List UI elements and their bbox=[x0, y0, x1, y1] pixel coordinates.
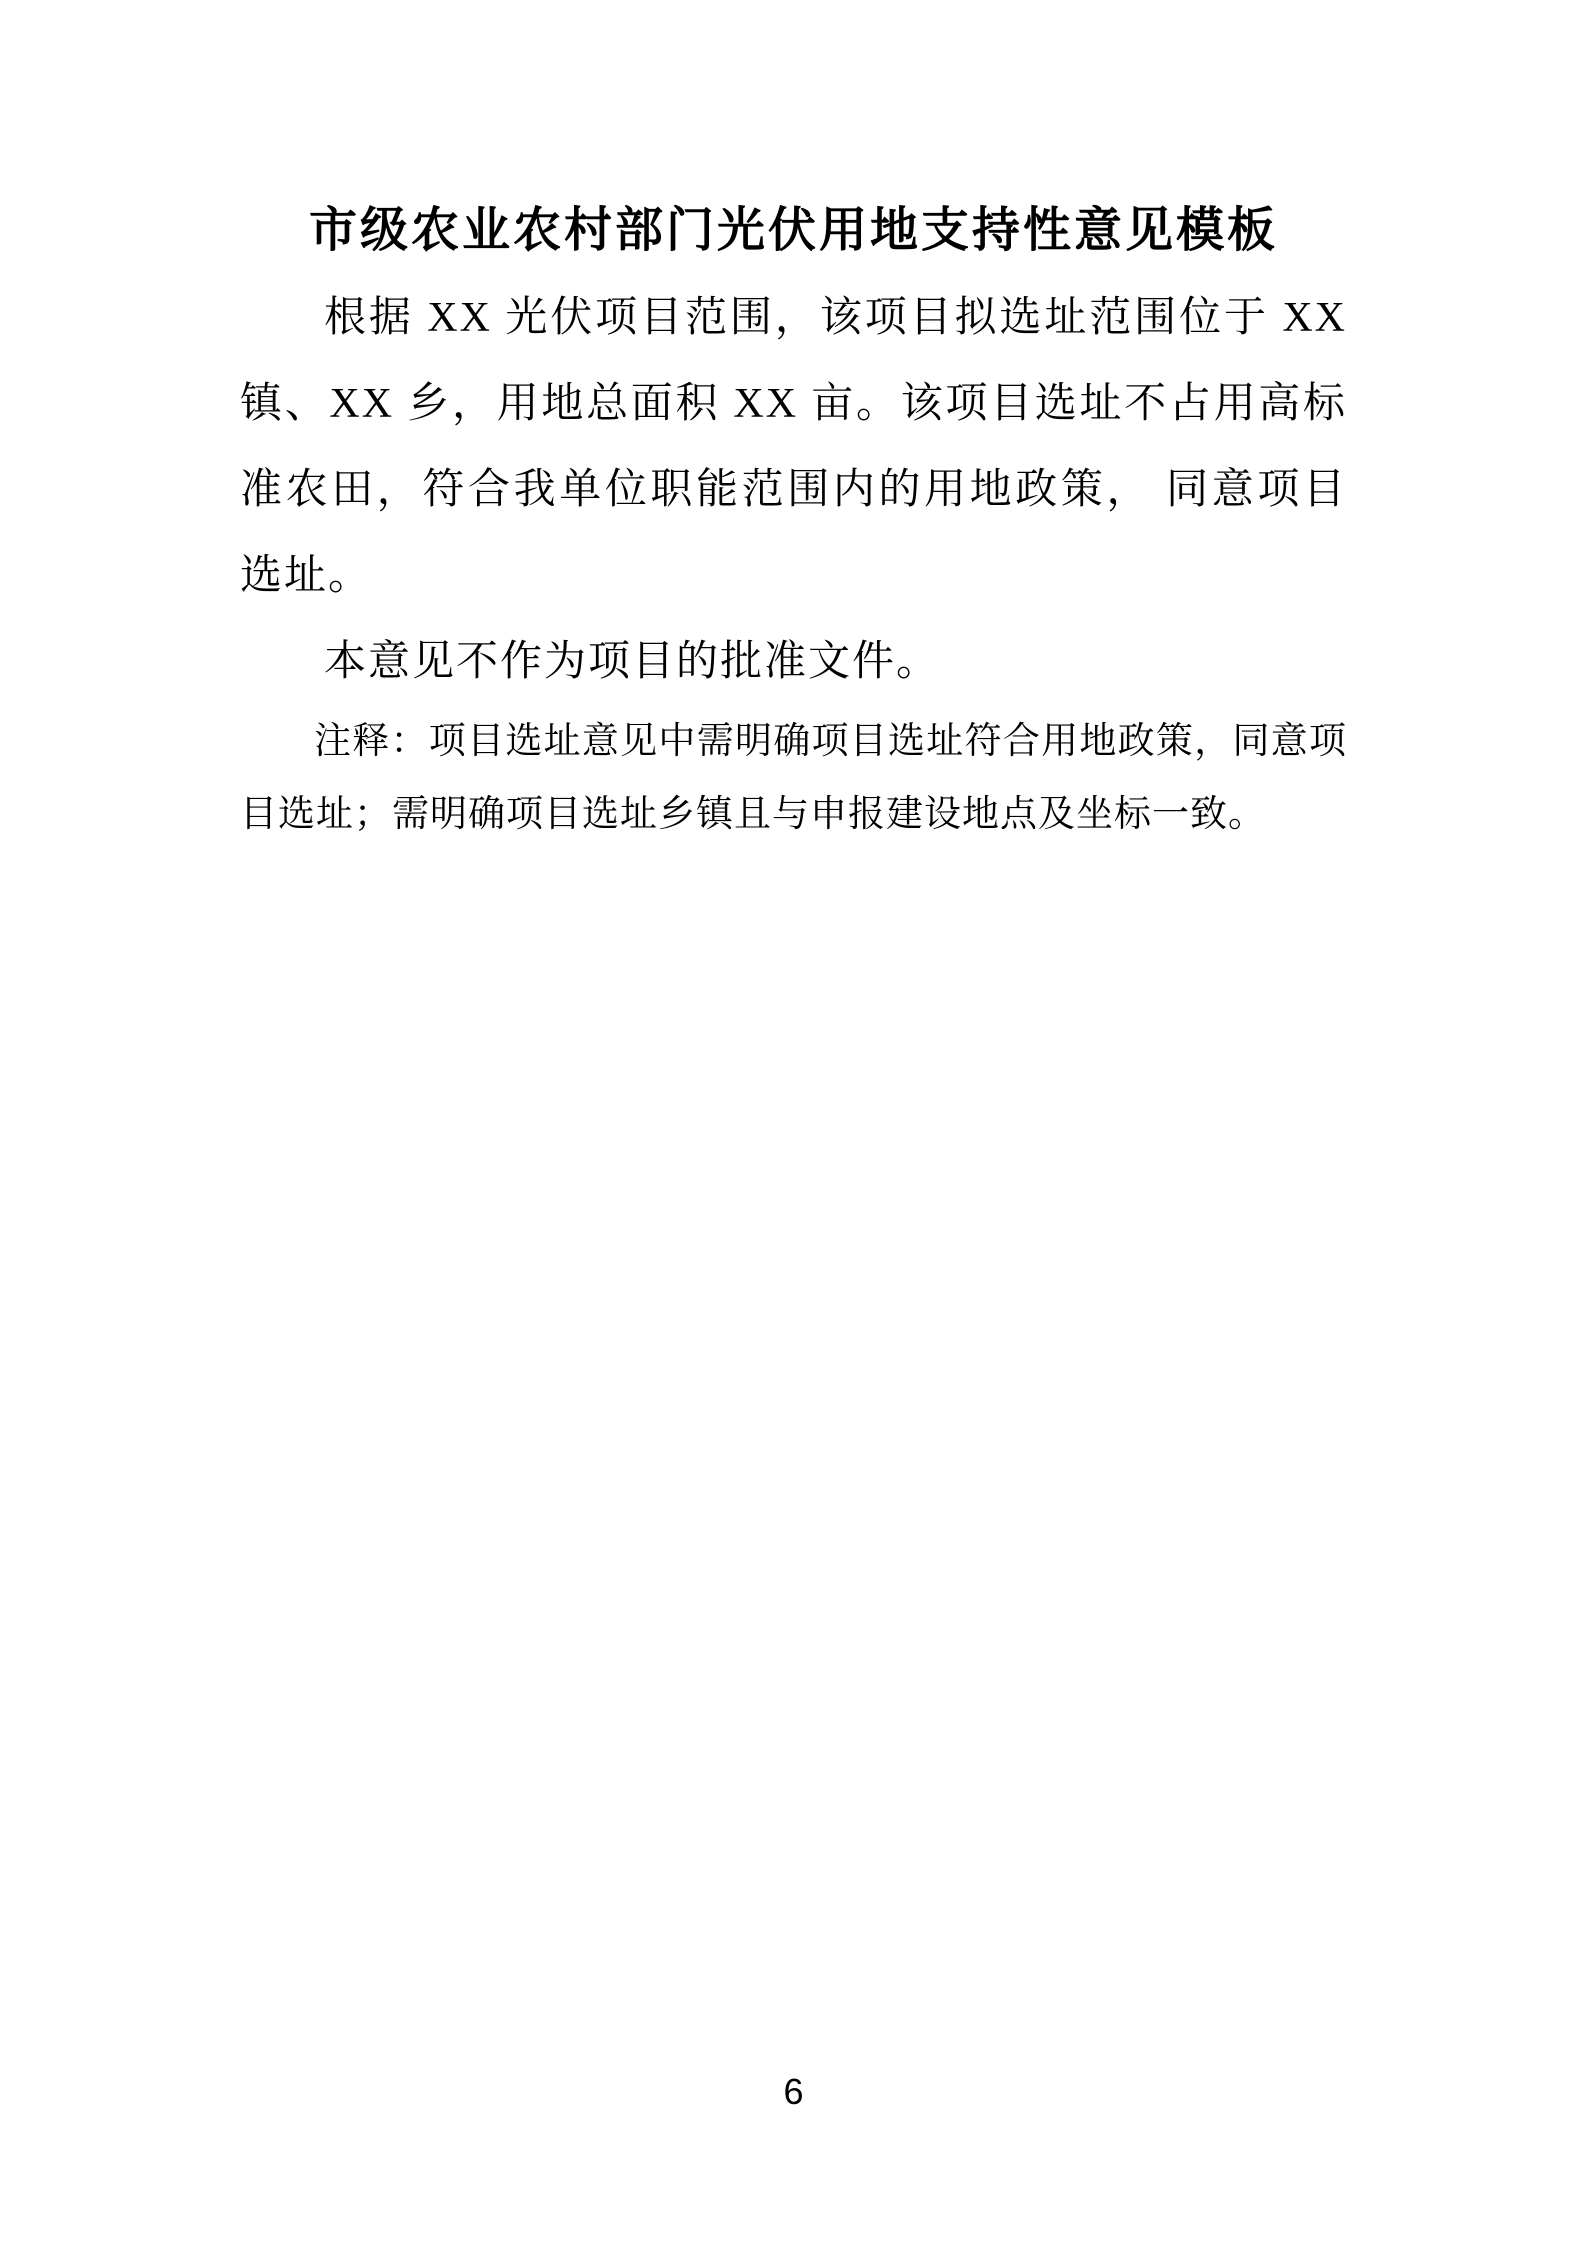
note-annotation: 注释：项目选址意见中需明确项目选址符合用地政策，同意项目选址；需明确项目选址乡镇… bbox=[240, 705, 1347, 851]
document-page: 市级农业农村部门光伏用地支持性意见模板 根据 XX 光伏项目范围，该项目拟选址范… bbox=[0, 0, 1587, 2245]
paragraph-project-site: 根据 XX 光伏项目范围，该项目拟选址范围位于 XX 镇、XX 乡，用地总面积 … bbox=[240, 275, 1347, 619]
paragraph-disclaimer: 本意见不作为项目的批准文件。 bbox=[240, 619, 1347, 705]
page-number: 6 bbox=[0, 2072, 1587, 2112]
document-body: 市级农业农村部门光伏用地支持性意见模板 根据 XX 光伏项目范围，该项目拟选址范… bbox=[240, 185, 1347, 851]
document-title: 市级农业农村部门光伏用地支持性意见模板 bbox=[240, 185, 1347, 275]
